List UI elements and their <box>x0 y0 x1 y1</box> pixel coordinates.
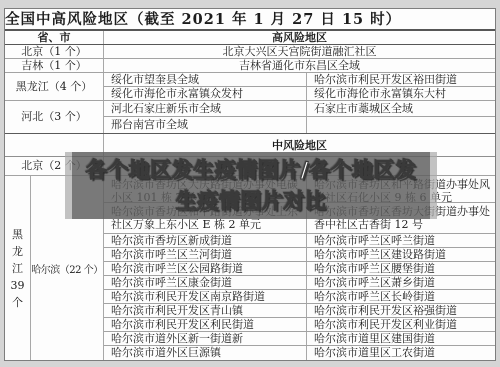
area-subrow: 绥化市望奎县全域 哈尔滨市利民开发区裕田街道 <box>104 73 495 87</box>
area-cell: 北京大兴区天宫院街道融汇社区 <box>104 45 495 58</box>
area-subrow: 邢台南宫市全域 <box>104 117 495 133</box>
column-header-high-risk: 高风险地区 <box>104 31 495 44</box>
screenshot-page: { "colors": { "page_bg": "#d5d5d5", "tab… <box>0 0 500 367</box>
area-cell: 绥化市海伦市永富镇东大村 <box>307 87 495 100</box>
area-group: 河北石家庄新乐市全域 石家庄市藁城区全域 邢台南宫市全域 <box>104 101 495 133</box>
area-subrow: 哈尔滨市利民开发区利民街道 哈尔滨市利民开发区利业街道 <box>104 318 495 332</box>
area-cell: 哈尔滨市呼兰区呼兰街道 <box>307 234 495 247</box>
area-cell: 哈尔滨市呼兰区建设路街道 <box>307 248 495 261</box>
province-cell: 黑龙江（4 个） <box>5 73 104 100</box>
area-cell: 哈尔滨市香坊区新成街道 <box>104 234 307 247</box>
area-cell: 绥化市望奎县全域 <box>104 73 307 86</box>
area-cell: 哈尔滨市呼兰区兰河街道 <box>104 248 307 261</box>
area-cell: 邢台南宫市全域 <box>104 117 307 133</box>
area-cell: 哈尔滨市呼兰区腰堡街道 <box>307 262 495 275</box>
area-cell: 哈尔滨市呼兰区康金街道 <box>104 276 307 289</box>
area-subrow: 哈尔滨市利民开发区南京路街道 哈尔滨市呼兰区长岭街道 <box>104 290 495 304</box>
area-cell: 哈尔滨市利民开发区利业街道 <box>307 318 495 331</box>
area-cell: 哈尔滨市道里区建国街道 <box>307 332 495 345</box>
table-title: 全国中高风险地区（截至 2021 年 1 月 27 日 15 时） <box>5 9 495 31</box>
table-row: 黑龙江（4 个） 绥化市望奎县全域 哈尔滨市利民开发区裕田街道 绥化市海伦市永富… <box>5 73 495 101</box>
area-subrow: 绥化市海伦市永富镇众发村 绥化市海伦市永富镇东大村 <box>104 87 495 100</box>
province-cell: 河北（3 个） <box>5 101 104 133</box>
area-cell: 哈尔滨市道外区巨源镇 <box>104 346 307 360</box>
area-cell <box>307 117 495 133</box>
area-subrow: 哈尔滨市道外区新一街道新 哈尔滨市道里区建国街道 <box>104 332 495 346</box>
area-cell: 绥化市海伦市永富镇众发村 <box>104 87 307 100</box>
province-vertical-label: 黑龙江39个 <box>11 226 25 311</box>
province-cell-vertical: 黑龙江39个 <box>5 176 31 360</box>
area-cell: 哈尔滨市呼兰区公园路街道 <box>104 262 307 275</box>
province-cell: 北京（1 个） <box>5 45 104 58</box>
column-header-province: 省、市 <box>5 31 104 44</box>
province-cell: 吉林（1 个） <box>5 59 104 72</box>
area-cell: 吉林省通化市东昌区全域 <box>104 59 495 72</box>
area-cell: 哈尔滨市道外区新一街道新 <box>104 332 307 345</box>
area-cell: 哈尔滨市利民开发区裕田街道 <box>307 73 495 86</box>
area-cell: 哈尔滨市呼兰区萧乡街道 <box>307 276 495 289</box>
area-subrow: 河北石家庄新乐市全域 石家庄市藁城区全域 <box>104 101 495 117</box>
watermark-line-2: 生疫情图片对比 <box>176 186 327 217</box>
area-subrow: 哈尔滨市道外区巨源镇 哈尔滨市道里区工农街道 <box>104 346 495 360</box>
area-cell: 石家庄市藁城区全域 <box>307 101 495 116</box>
area-cell: 河北石家庄新乐市全域 <box>104 101 307 116</box>
watermark-text: 各个地区发生疫情图片/各个地区发 生疫情图片对比 <box>65 152 437 219</box>
table-row: 河北（3 个） 河北石家庄新乐市全域 石家庄市藁城区全域 邢台南宫市全域 <box>5 101 495 133</box>
area-cell: 哈尔滨市利民开发区青山镇 <box>104 304 307 317</box>
area-subrow: 哈尔滨市呼兰区康金街道 哈尔滨市呼兰区萧乡街道 <box>104 276 495 290</box>
area-subrow: 哈尔滨市呼兰区兰河街道 哈尔滨市呼兰区建设路街道 <box>104 248 495 262</box>
watermark-line-1: 各个地区发生疫情图片/各个地区发 <box>86 155 417 186</box>
high-risk-header-row: 省、市 高风险地区 <box>5 31 495 45</box>
table-row: 北京（1 个） 北京大兴区天宫院街道融汇社区 <box>5 45 495 59</box>
area-subrow: 哈尔滨市呼兰区公园路街道 哈尔滨市呼兰区腰堡街道 <box>104 262 495 276</box>
area-subrow: 哈尔滨市香坊区新成街道 哈尔滨市呼兰区呼兰街道 <box>104 234 495 248</box>
area-cell: 哈尔滨市呼兰区长岭街道 <box>307 290 495 303</box>
table-row: 吉林（1 个） 吉林省通化市东昌区全域 <box>5 59 495 73</box>
area-cell: 哈尔滨市利民开发区南京路街道 <box>104 290 307 303</box>
area-cell: 哈尔滨市道里区工农街道 <box>307 346 495 360</box>
area-group: 绥化市望奎县全域 哈尔滨市利民开发区裕田街道 绥化市海伦市永富镇众发村 绥化市海… <box>104 73 495 100</box>
area-cell: 哈尔滨市利民开发区利民街道 <box>104 318 307 331</box>
area-cell: 哈尔滨市利民开发区裕强街道 <box>307 304 495 317</box>
area-subrow: 哈尔滨市利民开发区青山镇 哈尔滨市利民开发区裕强街道 <box>104 304 495 318</box>
